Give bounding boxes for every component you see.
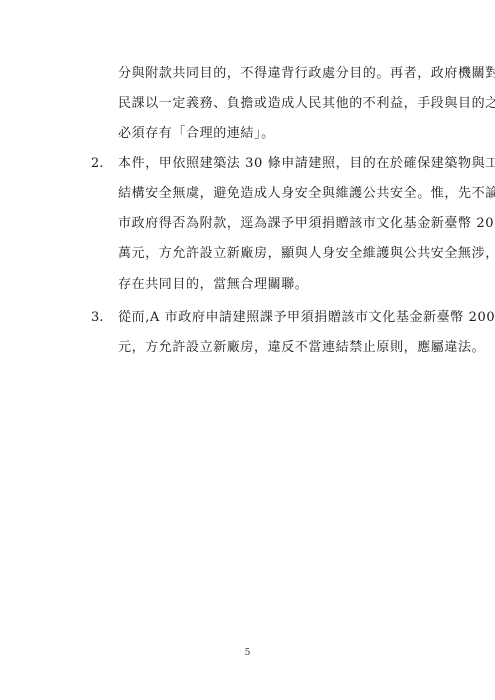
- list-number-2: 2.: [91, 156, 103, 172]
- paragraph-1-line-1: 分與附款共同目的，不得違背行政處分目的。再者，政府機關對人: [118, 66, 450, 82]
- list-number-3: 3.: [91, 310, 103, 326]
- paragraph-3-line-1: 從而,A 市政府申請建照課予甲須捐贈該市文化基金新臺幣 2000 萬: [118, 310, 450, 326]
- paragraph-1-line-2: 民課以一定義務、負擔或造成人民其他的不利益，手段與目的之間: [118, 96, 450, 112]
- paragraph-2-line-5: 存在共同目的，當無合理關聯。: [118, 277, 450, 293]
- paragraph-2-line-4: 萬元，方允許設立新廠房，顯與人身安全維護與公共安全無涉，不: [118, 246, 450, 262]
- paragraph-3-line-2: 元，方允許設立新廠房，違反不當連結禁止原則，應屬違法。: [118, 340, 450, 356]
- page-number: 5: [0, 648, 495, 658]
- paragraph-2-line-1: 本件，甲依照建築法 30 條申請建照，目的在於確保建築物與工程: [118, 156, 450, 172]
- document-page: 分與附款共同目的，不得違背行政處分目的。再者，政府機關對人 民課以一定義務、負擔…: [0, 0, 495, 700]
- paragraph-2-line-2: 結構安全無虞，避免造成人身安全與維護公共安全。惟，先不論 A: [118, 186, 450, 202]
- paragraph-2-line-3: 市政府得否為附款，逕為課予甲須捐贈該市文化基金新臺幣 2000: [118, 216, 450, 232]
- paragraph-1-line-3: 必須存有「合理的連結」。: [118, 126, 450, 142]
